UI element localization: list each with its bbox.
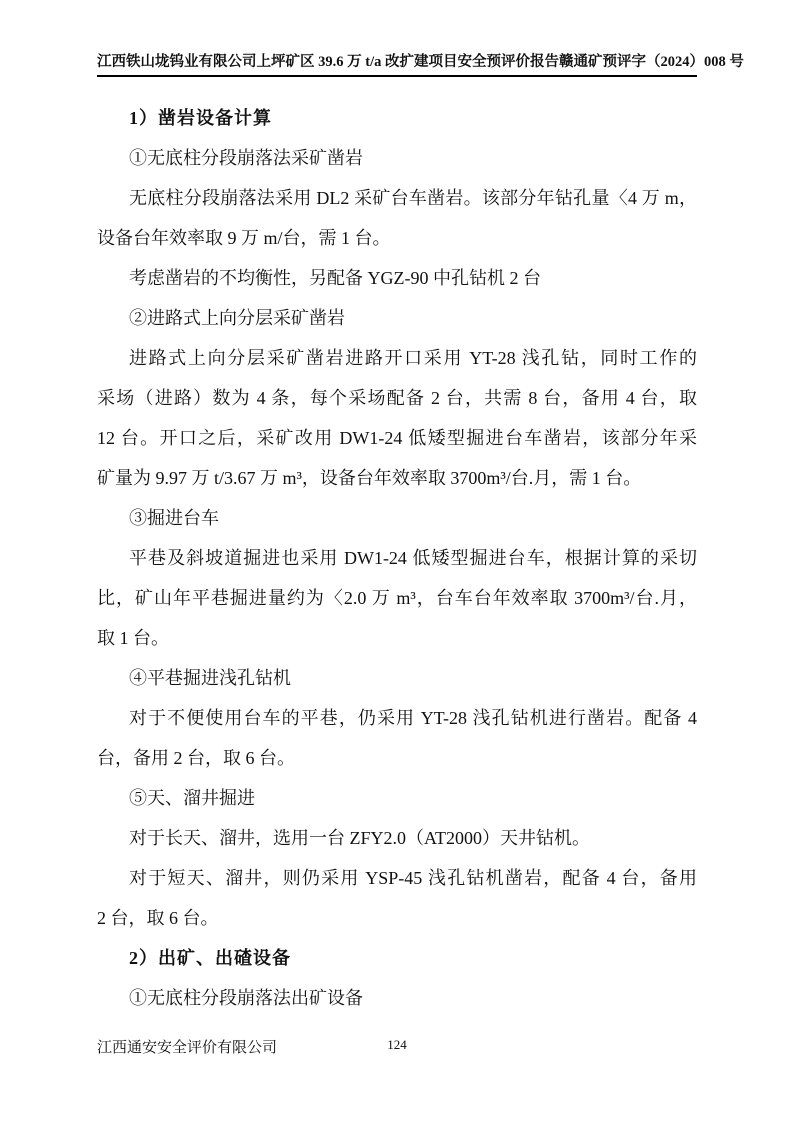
section-heading: 2）出矿、出碴设备 bbox=[97, 938, 697, 978]
page-number: 124 bbox=[387, 1037, 407, 1053]
body-line: ②进路式上向分层采矿凿岩 bbox=[97, 298, 697, 338]
body-line: 比，矿山年平巷掘进量约为〈2.0 万 m³，台车台年效率取 3700m³/台.月… bbox=[97, 578, 697, 618]
body-line: ④平巷掘进浅孔钻机 bbox=[97, 658, 697, 698]
body-line: 对于长天、溜井，选用一台 ZFY2.0（AT2000）天井钻机。 bbox=[97, 818, 697, 858]
body-line: 对于短天、溜井，则仍采用 YSP-45 浅孔钻机凿岩，配备 4 台，备用 bbox=[97, 858, 697, 898]
body-line: 台，备用 2 台，取 6 台。 bbox=[97, 738, 697, 778]
body-line: 采场（进路）数为 4 条，每个采场配备 2 台，共需 8 台，备用 4 台，取 bbox=[97, 378, 697, 418]
body-line: 设备台年效率取 9 万 m/台，需 1 台。 bbox=[97, 218, 697, 258]
body-line: 无底柱分段崩落法采用 DL2 采矿台车凿岩。该部分年钻孔量〈4 万 m， bbox=[97, 178, 697, 218]
body-line: 平巷及斜坡道掘进也采用 DW1-24 低矮型掘进台车，根据计算的采切 bbox=[97, 538, 697, 578]
page-footer: 江西通安安全评价有限公司 124 bbox=[97, 1036, 697, 1060]
body-line: ③掘进台车 bbox=[97, 498, 697, 538]
page-header: 江西铁山垅钨业有限公司上坪矿区 39.6 万 t/a 改扩建项目安全预评价报告 … bbox=[97, 50, 697, 77]
section-heading: 1）凿岩设备计算 bbox=[97, 98, 697, 138]
body-line: 对于不便使用台车的平巷，仍采用 YT-28 浅孔钻机进行凿岩。配备 4 bbox=[97, 698, 697, 738]
footer-company-name: 江西通安安全评价有限公司 bbox=[97, 1036, 277, 1057]
document-body: 1）凿岩设备计算 ①无底柱分段崩落法采矿凿岩 无底柱分段崩落法采用 DL2 采矿… bbox=[97, 98, 697, 1018]
body-line: 考虑凿岩的不均衡性，另配备 YGZ-90 中孔钻机 2 台 bbox=[97, 258, 697, 298]
body-line: 矿量为 9.97 万 t/3.67 万 m³，设备台年效率取 3700m³/台.… bbox=[97, 458, 697, 498]
document-page: 江西铁山垅钨业有限公司上坪矿区 39.6 万 t/a 改扩建项目安全预评价报告 … bbox=[0, 0, 793, 1122]
body-line: 2 台，取 6 台。 bbox=[97, 898, 697, 938]
body-line: ⑤天、溜井掘进 bbox=[97, 778, 697, 818]
body-line: ①无底柱分段崩落法采矿凿岩 bbox=[97, 138, 697, 178]
body-line: 取 1 台。 bbox=[97, 618, 697, 658]
body-line: 进路式上向分层采矿凿岩进路开口采用 YT-28 浅孔钻，同时工作的 bbox=[97, 338, 697, 378]
body-line: ①无底柱分段崩落法出矿设备 bbox=[97, 978, 697, 1018]
header-report-title: 江西铁山垅钨业有限公司上坪矿区 39.6 万 t/a 改扩建项目安全预评价报告 bbox=[97, 50, 559, 71]
body-line: 12 台。开口之后，采矿改用 DW1-24 低矮型掘进台车凿岩，该部分年采 bbox=[97, 418, 697, 458]
header-document-number: 赣通矿预评字（2024）008 号 bbox=[559, 50, 744, 71]
